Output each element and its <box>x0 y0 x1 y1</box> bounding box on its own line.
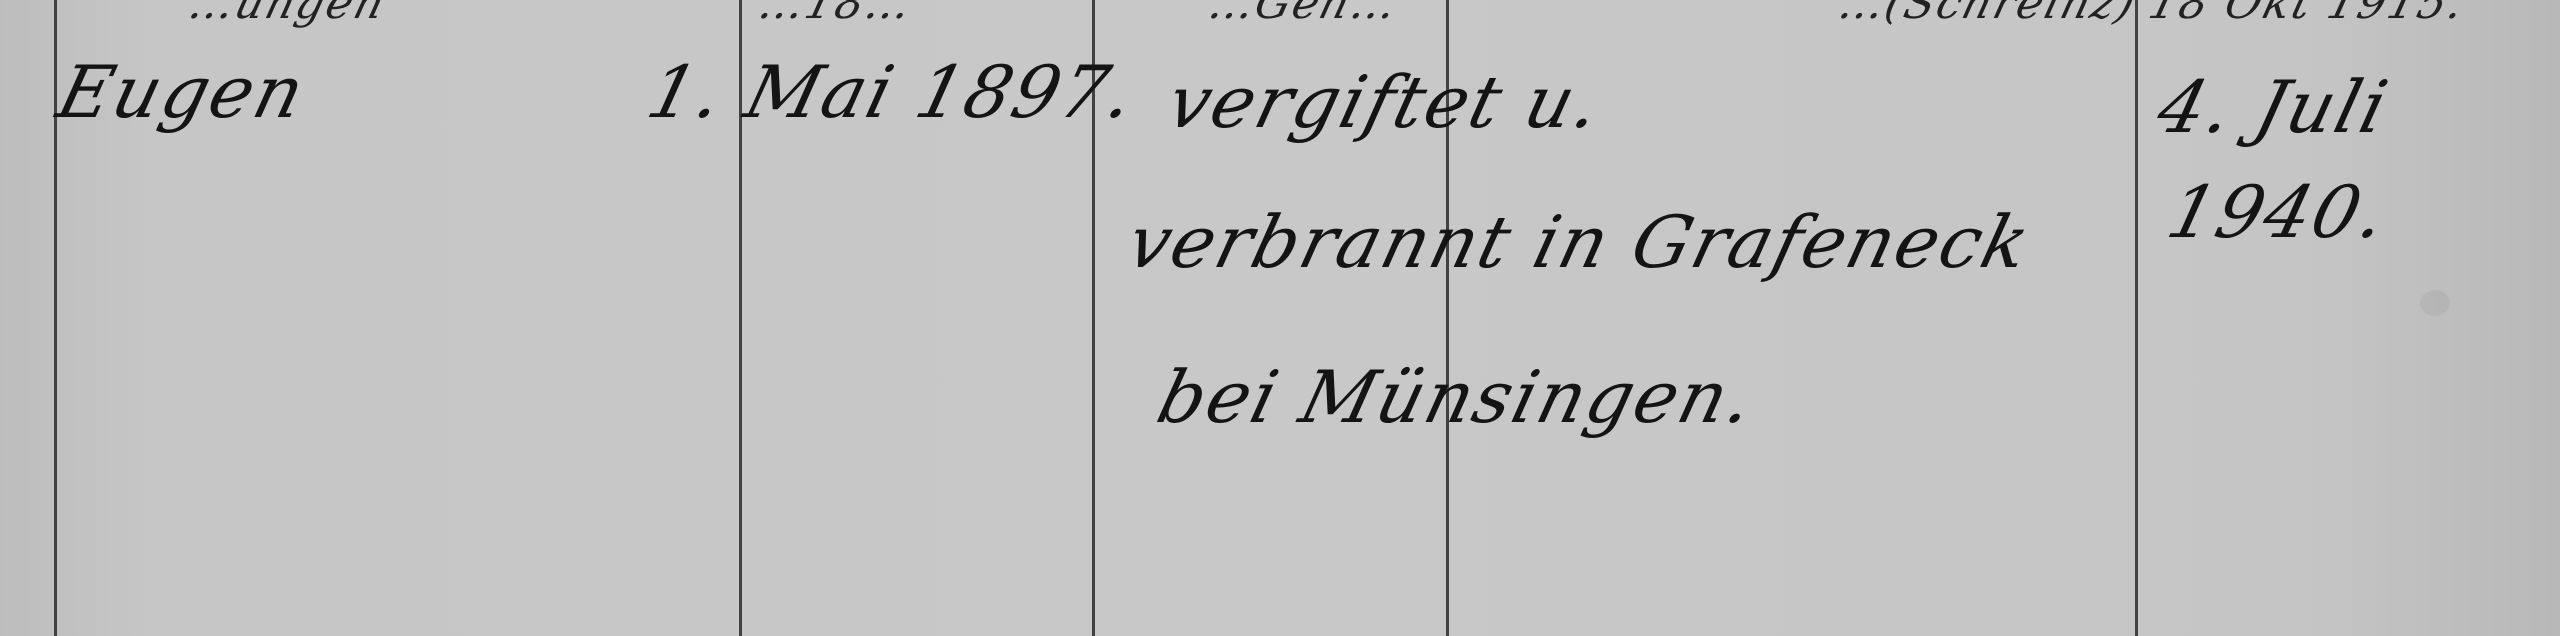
death-date-line-2: 1940. <box>2160 170 2397 254</box>
first-name: Eugen <box>50 50 315 134</box>
column-rule-5 <box>2135 0 2138 636</box>
register-page: …ungen …18… …Geh… …(Schreinz) 18 Okt 191… <box>0 0 2560 636</box>
prev-row-date: …18… <box>754 0 919 29</box>
death-date-line-1: 4. Juli <box>2150 65 2398 149</box>
remark-line-2: verbrannt in Grafeneck <box>1120 200 2040 284</box>
prev-row-name: …ungen <box>184 0 392 29</box>
prev-row-remark-b: …(Schreinz) <box>1834 0 2143 29</box>
prev-row-remark-a: …Geh… <box>1204 0 1404 29</box>
remark-line-3: bei Münsingen. <box>1150 355 1764 439</box>
paper-smudge <box>2420 290 2450 316</box>
birth-date: 1. Mai 1897. <box>640 50 1145 134</box>
prev-row-death-date: 18 Okt 1915. <box>2144 0 2471 29</box>
remark-line-1: vergiftet u. <box>1160 60 1611 144</box>
column-rule-1 <box>54 0 57 636</box>
